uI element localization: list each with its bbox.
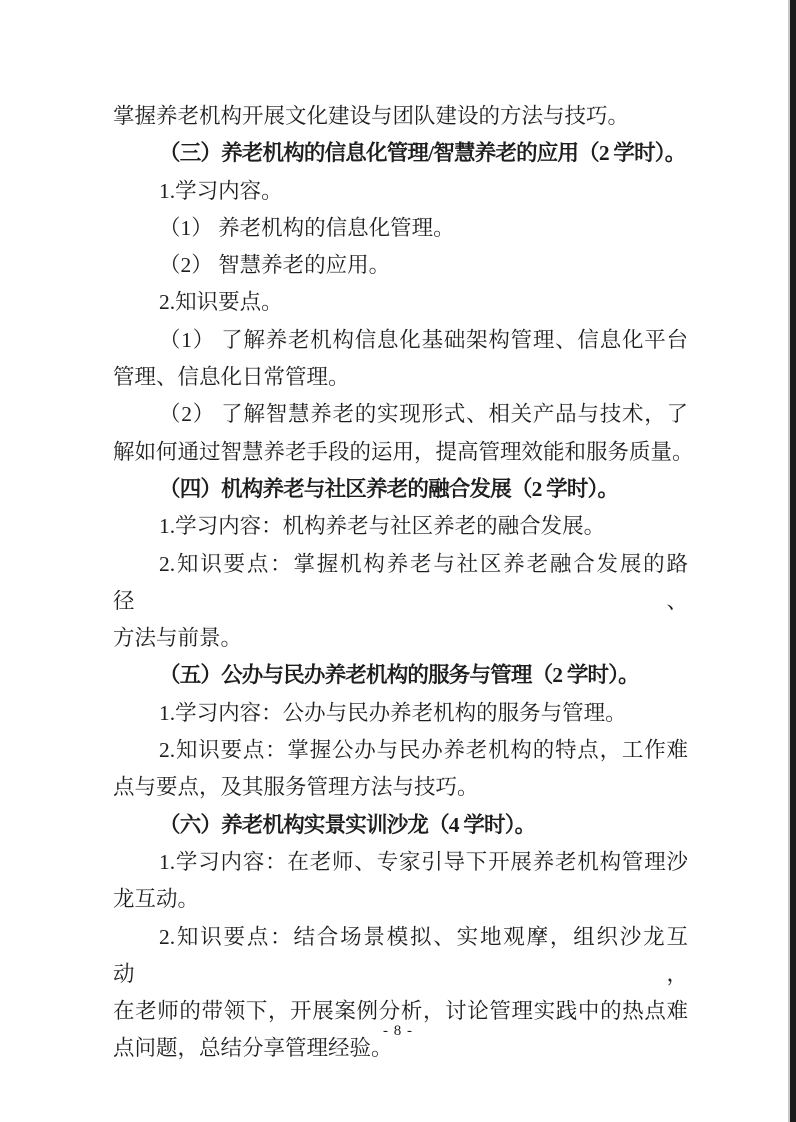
scan-edge-artifact	[788, 0, 796, 1122]
text-line: 1.学习内容：在老师、专家引导下开展养老机构管理沙	[113, 844, 688, 881]
text-line: （五）公办与民办养老机构的服务与管理（2 学时）。	[113, 657, 688, 694]
text-line: 1.学习内容。	[113, 173, 688, 210]
text-line: 2.知识要点：结合场景模拟、实地观摩，组织沙龙互动，	[113, 919, 688, 994]
text-line: 龙互动。	[113, 881, 688, 918]
text-line: 2.知识要点：掌握公办与民办养老机构的特点，工作难	[113, 732, 688, 769]
text-line: （三）养老机构的信息化管理/智慧养老的应用（2 学时）。	[113, 135, 688, 172]
text-line: 解如何通过智慧养老手段的运用，提高管理效能和服务质量。	[113, 434, 688, 471]
text-line: 1.学习内容：公办与民办养老机构的服务与管理。	[113, 695, 688, 732]
document-body: 掌握养老机构开展文化建设与团队建设的方法与技巧。（三）养老机构的信息化管理/智慧…	[113, 98, 688, 1068]
text-line: 2.知识要点。	[113, 284, 688, 321]
text-line: （1） 养老机构的信息化管理。	[113, 210, 688, 247]
text-line: 掌握养老机构开展文化建设与团队建设的方法与技巧。	[113, 98, 688, 135]
text-line: （六）养老机构实景实训沙龙（4 学时）。	[113, 807, 688, 844]
text-line: 方法与前景。	[113, 620, 688, 657]
text-line: 2.知识要点：掌握机构养老与社区养老融合发展的路径、	[113, 546, 688, 621]
text-line: 点与要点，及其服务管理方法与技巧。	[113, 769, 688, 806]
text-line: （2） 智慧养老的应用。	[113, 247, 688, 284]
page-number: - 8 -	[0, 1023, 796, 1040]
document-page: 掌握养老机构开展文化建设与团队建设的方法与技巧。（三）养老机构的信息化管理/智慧…	[0, 0, 796, 1122]
text-line: 1.学习内容：机构养老与社区养老的融合发展。	[113, 508, 688, 545]
text-line: （四）机构养老与社区养老的融合发展（2 学时）。	[113, 471, 688, 508]
text-line: （2） 了解智慧养老的实现形式、相关产品与技术，了	[113, 396, 688, 433]
text-line: 管理、信息化日常管理。	[113, 359, 688, 396]
text-line: （1） 了解养老机构信息化基础架构管理、信息化平台	[113, 322, 688, 359]
